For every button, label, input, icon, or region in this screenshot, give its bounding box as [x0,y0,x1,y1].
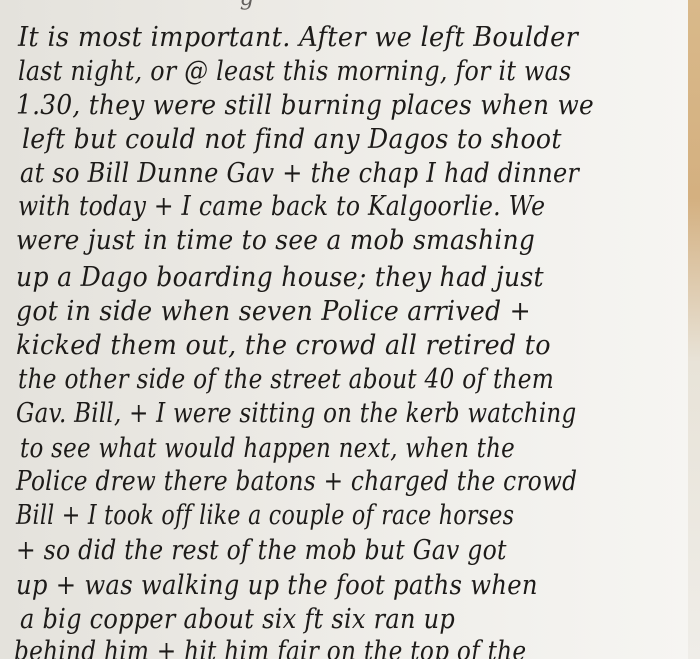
letter-line-12: Gav. Bill, + I were sitting on the kerb … [16,398,576,429]
letter-line-10: kicked them out, the crowd all retired t… [16,330,551,361]
letter-line-7: were just in time to see a mob smashing [16,225,535,256]
letter-line-18: a big copper about six ft six ran up [20,604,455,635]
letter-line-9: got in side when seven Police arrived + [16,296,531,327]
letter-line-17: up + was walking up the foot paths when [16,570,538,601]
wooden-table-edge [688,0,700,659]
cut-off-line-fragment: · · · · · · · · · · g [60,0,256,11]
letter-line-4: left but could not find any Dagos to sho… [22,124,562,155]
letter-line-15: Bill + I took off like a couple of race … [16,500,514,531]
letter-line-5: at so Bill Dunne Gav + the chap I had di… [20,158,579,189]
letter-line-6: with today + I came back to Kalgoorlie. … [18,191,545,222]
letter-line-3: 1.30, they were still burning places whe… [16,90,594,121]
letter-line-19: behind him + hit him fair on the top of … [14,636,526,659]
letter-line-11: the other side of the street about 40 of… [18,364,554,395]
letter-line-1: It is most important. After we left Boul… [18,22,578,53]
letter-line-14: Police drew there batons + charged the c… [16,466,577,497]
letter-line-13: to see what would happen next, when the [20,433,515,464]
letter-line-2: last night, or @ least this morning, for… [18,56,572,87]
letter-page: · · · · · · · · · · g It is most importa… [0,0,690,659]
letter-line-16: + so did the rest of the mob but Gav got [16,535,507,566]
letter-line-8: up a Dago boarding house; they had just [16,262,544,293]
